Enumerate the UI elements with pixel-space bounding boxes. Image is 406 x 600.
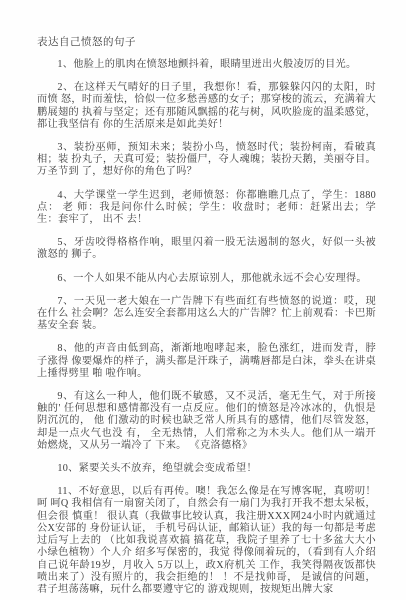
paragraph-1: 1、他脸上的肌肉在愤怒地颤抖着，眼睛里迸出火般凌厉的目光。 [37,59,376,71]
paragraph-list: 1、他脸上的肌肉在愤怒地颤抖着，眼睛里迸出火般凌厉的目光。 2、在这样天气晴好的… [37,59,376,596]
paragraph-5: 5、牙齿咬得格格作响，眼里闪着一股无法遏制的怒火，好似一头被激怒的 狮子。 [37,237,376,261]
paragraph-6: 6、一个人如果不能从内心去原谅别人，那他就永远不会心安理得。 [37,273,376,285]
paragraph-3: 3、装扮巫师，预知未来；装扮小鸟，愤怒时代；装扮柯南，看破真相；装 扮丸子，天真… [37,142,376,179]
paragraph-10: 10、紧要关头不放弃，绝望就会变成希望！ [37,463,376,475]
paragraph-2: 2、在这样天气晴好的日子里，我想你！看，那躲躲闪闪的太阳，时而愤 怒，时而羞怯，… [37,82,376,131]
paragraph-9: 9、有这么一种人，他们既不敏感，又不灵活，毫无生气，对于所接触的' 任何思想和感… [37,391,376,452]
paragraph-11: 11、不好意思，以后有再传。噢！我怎么像是在写博客呢，真唠叨！呵 呵Q 我相信有… [37,486,376,596]
paragraph-7: 7、一天见一老大娘在一广告牌下有些面红有些愤怒的说道：哎，现在什么 社会啊？怎么… [37,296,376,333]
paragraph-4: 4、大学课堂一学生迟到，老师愤怒：你都瞧瞧几点了，学生：1880点： 老 师：我… [37,190,376,227]
document-page: 表达自己愤怒的句子 1、他脸上的肌肉在愤怒地颤抖着，眼睛里迸出火般凌厉的目光。 … [0,0,406,600]
document-title: 表达自己愤怒的句子 [37,36,376,49]
paragraph-8: 8、他的声音由低到高，渐渐地咆哮起来，脸色涨红，进而发青，脖子涨得 像要爆炸的样… [37,343,376,380]
